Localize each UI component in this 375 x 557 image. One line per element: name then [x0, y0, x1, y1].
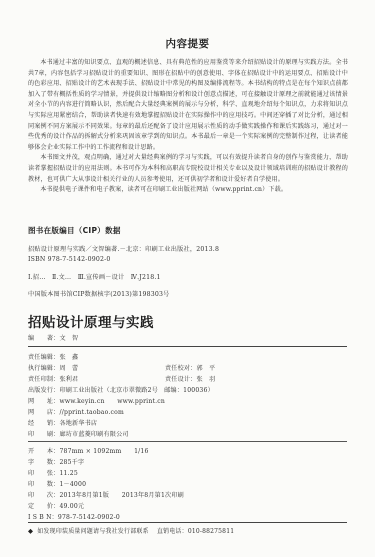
quality-notice: 如发现印装质量问题请与我社发行部联系 — [37, 528, 149, 535]
spec-edition: 印 次：2013年8月第1版 2013年8月第1次印刷 — [28, 490, 184, 499]
label: 印 刷： — [28, 431, 59, 438]
label: 责任校对： — [165, 365, 196, 372]
label: 印 次： — [28, 492, 59, 499]
summary-body: 本书通过丰富的知识要点、直观的概述信息、具有典范性的应用鉴赏等来介绍招贴设计的原… — [28, 58, 348, 196]
spec-print-run: 印 数：1－4000 — [28, 479, 86, 488]
label: 印 数： — [28, 481, 59, 488]
value: 1－4000 — [59, 481, 86, 488]
label: 网 店： — [28, 409, 59, 416]
label: 网 址： — [28, 398, 59, 405]
label: 责任设计： — [165, 376, 196, 383]
spec-word-count: 字 数：285千字 — [28, 457, 84, 466]
value: 张 鑫 — [59, 354, 78, 361]
label: 印 张： — [28, 470, 59, 477]
value: www.keyin.cn www.pprint.cn — [59, 398, 165, 405]
value: 周 蕾 — [59, 365, 78, 372]
cip-record: 招贴设计原理与实践／文智编著.－北京：印刷工业出版社，2013.8 — [28, 244, 219, 253]
copyright-page: 内容提要 本书通过丰富的知识要点、直观的概述信息、具有典范性的应用鉴赏等来介绍招… — [0, 0, 375, 557]
label: 字 数： — [28, 459, 59, 466]
author-label: 编 著： — [28, 333, 59, 342]
value: 廊坊市蓝菱印刷有限公司 — [59, 431, 128, 438]
summary-paragraph: 本书图文并茂，观点明确，通过对大量经典案例的学习与实践，可以有效提升读者自身的创… — [28, 153, 348, 185]
diamond-bullet-icon: ◆ — [28, 527, 33, 535]
value: 787mm × 1092mm 1/16 — [59, 448, 148, 455]
summary-title: 内容提要 — [0, 36, 375, 51]
printer: 印 刷：廊坊市蓝菱印刷有限公司 — [28, 429, 129, 438]
publisher: 出版发行：印刷工业出版社（北京市翠微路2号 邮编：100036） — [28, 385, 214, 394]
sales-phone: 直销电话：010-88275811 — [157, 528, 234, 535]
designer: 责任设计：张 羽 — [165, 374, 215, 383]
label: 定 价： — [28, 503, 59, 510]
spec-isbn: I S B N：978-7-5142-0902-0 — [28, 512, 120, 521]
spec-sheets: 印 张：11.25 — [28, 468, 78, 477]
online-shop: 网 店：//pprint.taobao.com — [28, 407, 124, 416]
label: 责任编辑： — [28, 354, 59, 361]
value: 印刷工业出版社（北京市翠微路2号 邮编：100036） — [59, 387, 213, 394]
proofreader: 责任校对：郭 平 — [165, 363, 215, 372]
divider — [28, 522, 347, 523]
label: 责任印制： — [28, 376, 59, 383]
value: 49.00元 — [59, 503, 84, 510]
label: I S B N： — [28, 514, 58, 521]
divider — [28, 346, 347, 347]
value: 11.25 — [59, 470, 77, 477]
summary-paragraph: 本书通过丰富的知识要点、直观的概述信息、具有典范性的应用鉴赏等来介绍招贴设计的原… — [28, 58, 348, 153]
author-line: 编 著：文 智 — [28, 333, 78, 342]
book-title: 招贴设计原理与实践 — [28, 311, 154, 331]
value: 张利君 — [59, 376, 78, 383]
summary-paragraph: 本书提供电子课件和电子教案，读者可在印刷工业出版社网站（www.pprint.c… — [28, 185, 348, 196]
responsible-editor: 责任编辑：张 鑫 — [28, 352, 78, 361]
spec-format: 开 本：787mm × 1092mm 1/16 — [28, 446, 149, 455]
value: 郭 平 — [196, 365, 215, 372]
cip-number: 中国版本图书馆CIP数据核字(2013)第198303号 — [28, 289, 170, 298]
label: 开 本： — [28, 448, 59, 455]
value: //pprint.taobao.com — [59, 409, 124, 416]
label: 执行编辑： — [28, 365, 59, 372]
cip-classification: Ⅰ.招… Ⅱ.文… Ⅲ.宣传画－设计 Ⅳ.J218.1 — [28, 272, 161, 281]
website: 网 址：www.keyin.cn www.pprint.cn — [28, 396, 165, 405]
value: 2013年8月第1版 2013年8月第1次印刷 — [59, 492, 183, 499]
value: 张 羽 — [196, 376, 215, 383]
divider — [28, 441, 347, 442]
value: 285千字 — [59, 459, 84, 466]
label: 经 销： — [28, 420, 59, 427]
executive-editor: 执行编辑：周 蕾 — [28, 363, 78, 372]
value: 978-7-5142-0902-0 — [58, 514, 120, 521]
spec-price: 定 价：49.00元 — [28, 501, 84, 510]
print-manager: 责任印制：张利君 — [28, 374, 78, 383]
distributor: 经 销：各地新华书店 — [28, 418, 97, 427]
label: 出版发行： — [28, 387, 59, 394]
footer-notice: ◆如发现印装质量问题请与我社发行部联系直销电话：010-88275811 — [28, 526, 234, 535]
cip-isbn: ISBN 978-7-5142-0902-0 — [28, 256, 111, 263]
cip-heading: 图书在版编目（CIP）数据 — [28, 225, 121, 236]
author-value: 文 智 — [59, 335, 78, 342]
value: 各地新华书店 — [59, 420, 97, 427]
